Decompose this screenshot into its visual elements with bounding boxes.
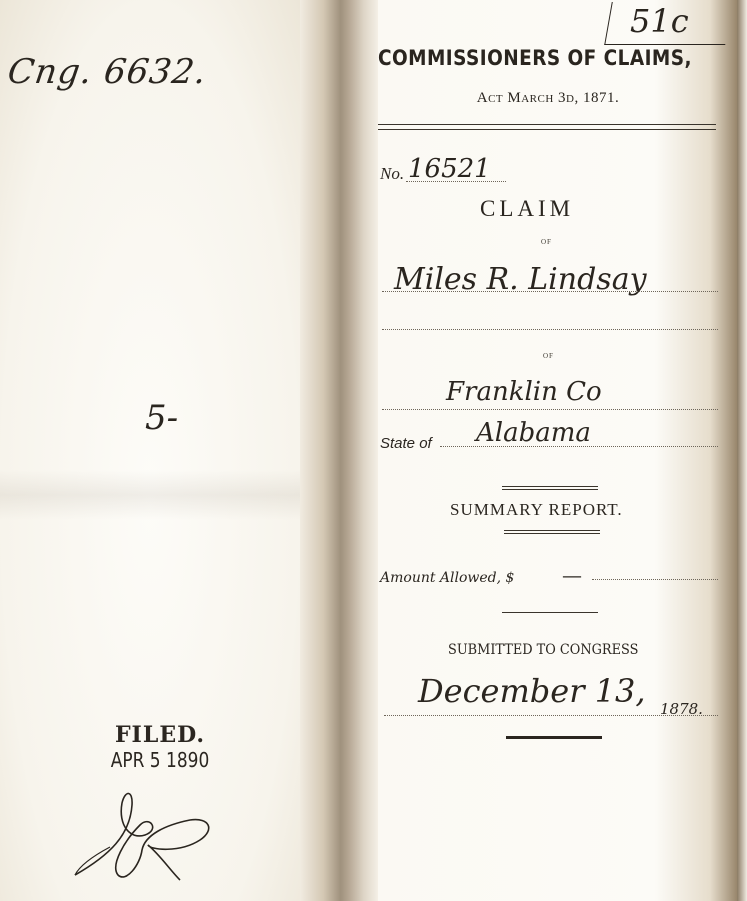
claim-title: CLAIM: [480, 196, 574, 222]
submitted-date: December 13,: [418, 672, 646, 710]
claim-number-label: No.: [380, 164, 404, 184]
county-value: Franklin Co: [446, 377, 602, 407]
document-page: Cng. 6632. 5- FILED. APR 5 1890 51c COMM…: [0, 0, 747, 901]
amount-rule: [502, 612, 598, 613]
date-line: [384, 715, 718, 716]
filed-stamp: FILED. APR 5 1890: [100, 722, 220, 772]
claimant-line-1: [382, 291, 718, 292]
filed-stamp-date: APR 5 1890: [109, 748, 211, 772]
header-rule-bottom: [378, 129, 716, 130]
header-subtitle: Act March 3d, 1871.: [378, 90, 718, 107]
handwritten-reference: Cng. 6632.: [5, 52, 209, 92]
center-fold: [300, 0, 378, 901]
state-label: State of: [380, 435, 432, 452]
amount-allowed-value: —: [562, 563, 582, 587]
claim-number-value: 16521: [408, 154, 491, 184]
right-edge-shadow: [737, 0, 747, 901]
claim-number-line: [406, 181, 506, 182]
county-line: [382, 409, 718, 410]
state-line: [440, 446, 718, 447]
summary-rule-top: [502, 486, 598, 490]
right-cover-panel: [378, 0, 747, 901]
amount-line: [592, 579, 718, 580]
state-value: Alabama: [476, 418, 591, 448]
submitted-to-congress-label: SUBMITTED TO CONGRESS: [448, 642, 638, 658]
corner-number: 51c: [630, 2, 689, 40]
summary-rule-bottom: [504, 530, 600, 534]
claimant-line-2: [382, 329, 718, 330]
footer-rule: [506, 736, 602, 739]
header-title: COMMISSIONERS OF CLAIMS,: [378, 46, 677, 70]
amount-allowed-label: Amount Allowed, $: [380, 570, 514, 586]
margin-mark: 5-: [145, 398, 178, 438]
filed-stamp-title: FILED.: [100, 722, 220, 748]
initials-signature-icon: [70, 785, 220, 885]
of-label-county: OF: [543, 352, 554, 360]
summary-report-title: SUMMARY REPORT.: [450, 500, 623, 520]
header-rule-top: [378, 124, 716, 125]
of-label-claimant: OF: [541, 238, 552, 246]
